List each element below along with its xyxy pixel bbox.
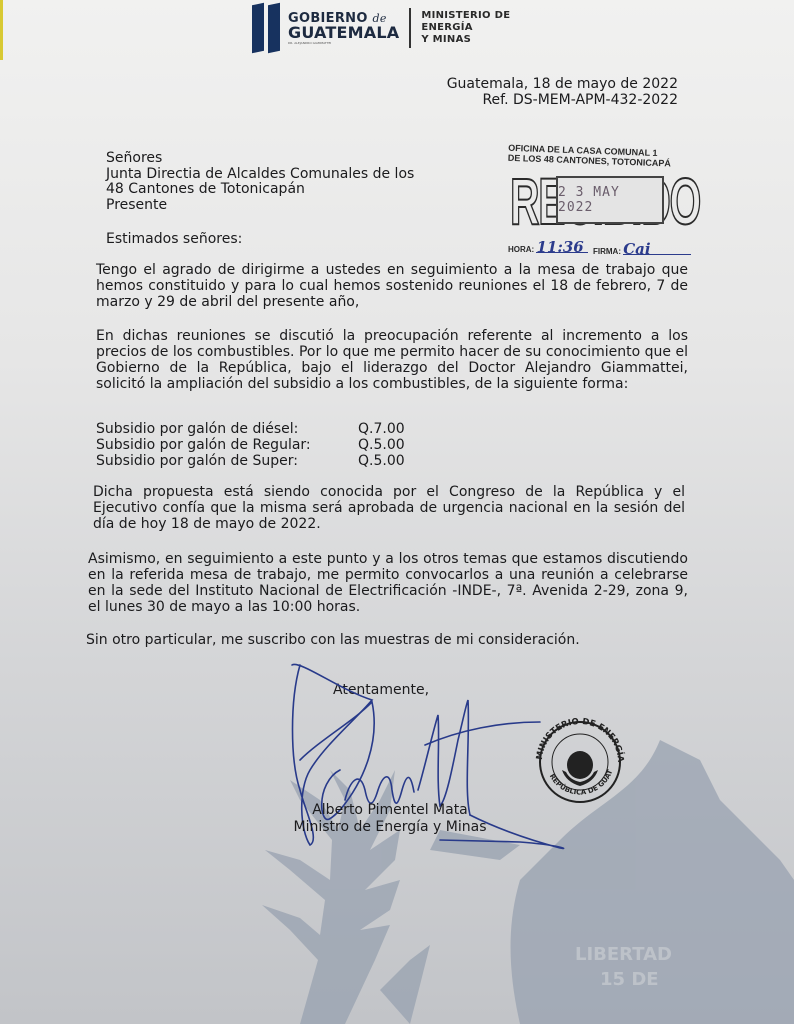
- signer-title: Ministro de Energía y Minas: [274, 819, 506, 836]
- signer-name: Alberto Pimentel Mata: [274, 802, 506, 819]
- handwritten-signature: [0, 0, 794, 1024]
- signer-block: Alberto Pimentel Mata Ministro de Energí…: [274, 802, 506, 836]
- letter-page: LIBERTAD 15 DE GOBIERNO de GUATEMALA DR.…: [0, 0, 794, 1024]
